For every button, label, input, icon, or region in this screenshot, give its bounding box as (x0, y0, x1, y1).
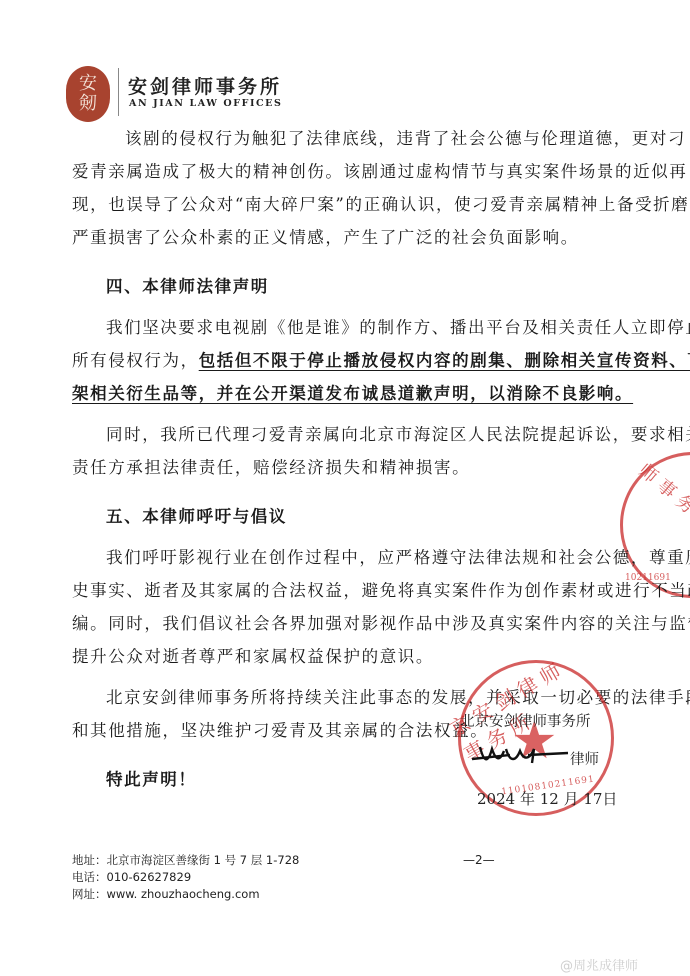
side-stamp-text: 师事务所 (634, 457, 690, 539)
letterhead-footer: 地址：北京市海淀区善缘街 1 号 7 层 1-728 电话：010-626278… (72, 852, 299, 903)
paragraph-demands: 我们坚决要求电视剧《他是谁》的制作方、播出平台及相关责任人立即停止 所有侵权行为… (72, 311, 642, 410)
handwritten-signature (470, 743, 570, 765)
text-line: 史事实、逝者及其家属的合法权益，避免将真实案件作为创作素材或进行不当改 (72, 574, 642, 607)
text-line: 我们呼吁影视行业在创作过程中，应严格遵守法律法规和社会公德，尊重历 (72, 541, 642, 574)
paragraph-impact: 该剧的侵权行为触犯了法律底线，违背了社会公德与伦理道德，更对刁 爱青亲属造成了极… (72, 122, 642, 254)
weibo-watermark: @周兆成律师 (560, 955, 638, 974)
text-line: 爱青亲属造成了极大的精神创伤。该剧通过虚构情节与真实案件场景的近似再 (72, 155, 642, 188)
underlined-demand: 包括但不限于停止播放侵权内容的剧集、删除相关宣传资料、下 (199, 351, 690, 370)
signature-date: 2024 年 12 月 17日 (477, 788, 617, 809)
logo-glyph-bottom: 剱 (79, 94, 97, 114)
text-line: 该剧的侵权行为触犯了法律底线，违背了社会公德与伦理道德，更对刁 (72, 122, 642, 155)
footer-website: 网址：www. zhouzhaocheng.com (72, 886, 299, 903)
underlined-demand: 架相关衍生品等，并在公开渠道发布诚恳道歉声明，以消除不良影响。 (72, 384, 633, 403)
logo-glyph-top: 安 (79, 74, 97, 94)
firm-logo: 安 剱 (66, 66, 110, 122)
text-plain: 所有侵权行为， (72, 351, 199, 370)
footer-address: 地址：北京市海淀区善缘街 1 号 7 层 1-728 (72, 852, 299, 869)
signature-role: 律师 (570, 748, 599, 769)
text-line: 编。同时，我们倡议社会各界加强对影视作品中涉及真实案件内容的关注与监督， (72, 607, 642, 640)
text-line: 我们坚决要求电视剧《他是谁》的制作方、播出平台及相关责任人立即停止 (72, 311, 642, 344)
text-line: 责任方承担法律责任，赔偿经济损失和精神损害。 (72, 451, 642, 484)
text-line: 现，也误导了公众对“南大碎尸案”的正确认识，使刁爱青亲属精神上备受折磨， (72, 188, 642, 221)
firm-name-cn: 安剑律师事务所 (128, 72, 282, 99)
paragraph-lawsuit: 同时，我所已代理刁爱青亲属向北京市海淀区人民法院提起诉讼，要求相关 责任方承担法… (72, 418, 642, 484)
footer-phone: 电话：010-62627829 (72, 869, 299, 886)
text-line: 严重损害了公众朴素的正义情感，产生了广泛的社会负面影响。 (72, 221, 642, 254)
header-divider (118, 68, 119, 116)
section-heading-5: 五、本律师呼吁与倡议 (72, 500, 642, 533)
text-line: 所有侵权行为，包括但不限于停止播放侵权内容的剧集、删除相关宣传资料、下 (72, 344, 642, 377)
section-heading-4: 四、本律师法律声明 (72, 270, 642, 303)
signature-firm-name: 北京安剑律师事务所 (460, 710, 591, 731)
text-line: 架相关衍生品等，并在公开渠道发布诚恳道歉声明，以消除不良影响。 (72, 377, 642, 410)
firm-name-en: AN JIAN LAW OFFICES (129, 98, 283, 109)
text-line: 同时，我所已代理刁爱青亲属向北京市海淀区人民法院提起诉讼，要求相关 (72, 418, 642, 451)
page-number: —2— (463, 853, 495, 867)
